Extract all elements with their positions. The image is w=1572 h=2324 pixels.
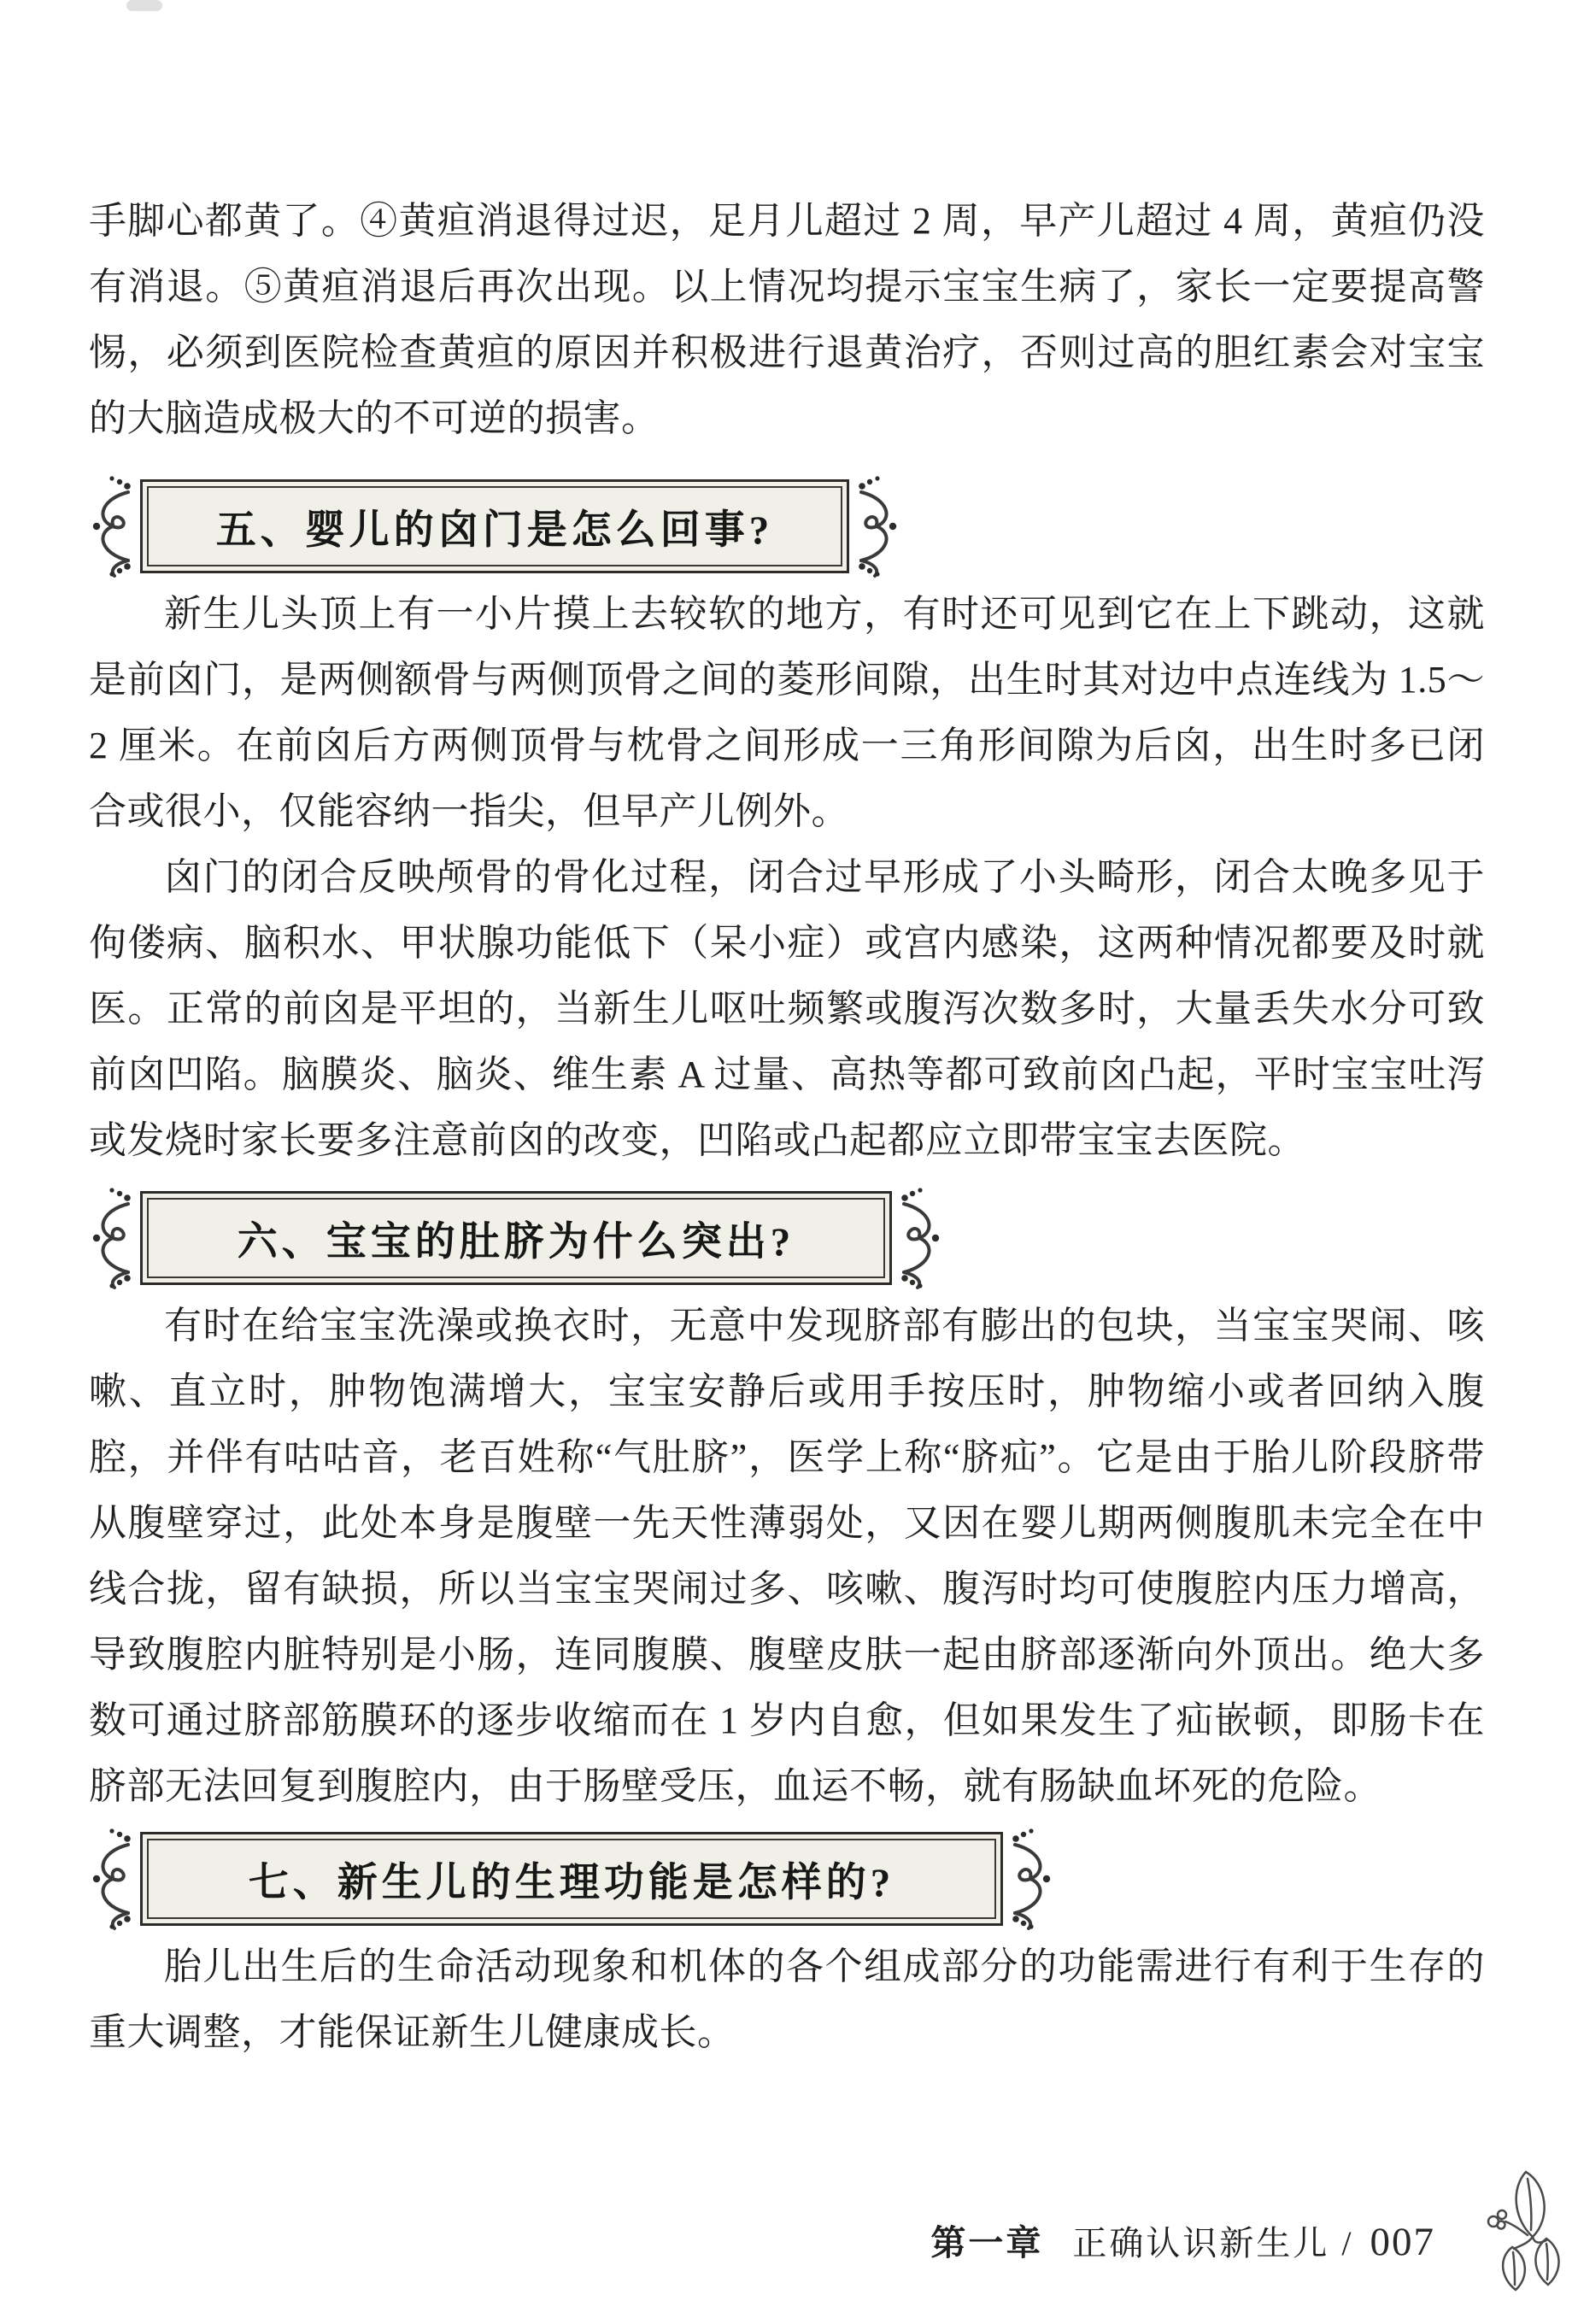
heading-box: 六、宝宝的肚脐为什么突出? [140, 1191, 892, 1285]
paragraph-jaundice: 手脚心都黄了。④黄疸消退得过迟，足月儿超过 2 周，早产儿超过 4 周，黄疸仍没… [89, 188, 1485, 451]
flourish-right-icon [1005, 1824, 1054, 1934]
flourish-left-icon [89, 472, 138, 581]
flourish-left-icon [89, 1183, 138, 1293]
heading-box: 五、婴儿的囟门是怎么回事? [140, 479, 849, 573]
paragraph-physiology-1: 胎儿出生后的生命活动现象和机体的各个组成部分的功能需进行有利于生存的重大调整，才… [89, 1934, 1485, 2065]
footer-chapter-label: 第一章 [930, 2215, 1043, 2265]
footer-chapter-title: 正确认识新生儿 [1072, 2216, 1329, 2265]
footer-separator: / [1341, 2223, 1351, 2263]
page-footer: 第一章 正确认识新生儿 / 007 [0, 2215, 1572, 2265]
section-heading-fontanelle: 五、婴儿的囟门是怎么回事? [89, 472, 1485, 581]
flourish-left-icon [89, 1824, 138, 1934]
page-content: 手脚心都黄了。④黄疸消退得过迟，足月儿超过 2 周，早产儿超过 4 周，黄疸仍没… [89, 0, 1485, 2065]
page-number: 007 [1370, 2219, 1436, 2265]
book-page: 手脚心都黄了。④黄疸消退得过迟，足月儿超过 2 周，早产儿超过 4 周，黄疸仍没… [0, 0, 1572, 2324]
section-heading-text: 七、新生儿的生理功能是怎样的? [249, 1851, 895, 1908]
paragraph-navel-1: 有时在给宝宝洗澡或换衣时，无意中发现脐部有膨出的包块，当宝宝哭闹、咳嗽、直立时，… [89, 1293, 1485, 1819]
section-heading-text: 六、宝宝的肚脐为什么突出? [238, 1210, 795, 1267]
section-heading-navel: 六、宝宝的肚脐为什么突出? [89, 1183, 1485, 1293]
paragraph-fontanelle-1: 新生儿头顶上有一小片摸上去较软的地方，有时还可见到它在上下跳动，这就是前囟门，是… [89, 581, 1485, 844]
paragraph-fontanelle-2: 囟门的闭合反映颅骨的骨化过程，闭合过早形成了小头畸形，闭合太晚多见于佝偻病、脑积… [89, 844, 1485, 1173]
leaf-ornament-icon [1473, 2165, 1569, 2309]
flourish-right-icon [851, 472, 900, 581]
flourish-right-icon [894, 1183, 943, 1293]
section-heading-text: 五、婴儿的囟门是怎么回事? [216, 498, 774, 555]
section-heading-physiology: 七、新生儿的生理功能是怎样的? [89, 1824, 1485, 1934]
heading-box: 七、新生儿的生理功能是怎样的? [140, 1832, 1003, 1926]
